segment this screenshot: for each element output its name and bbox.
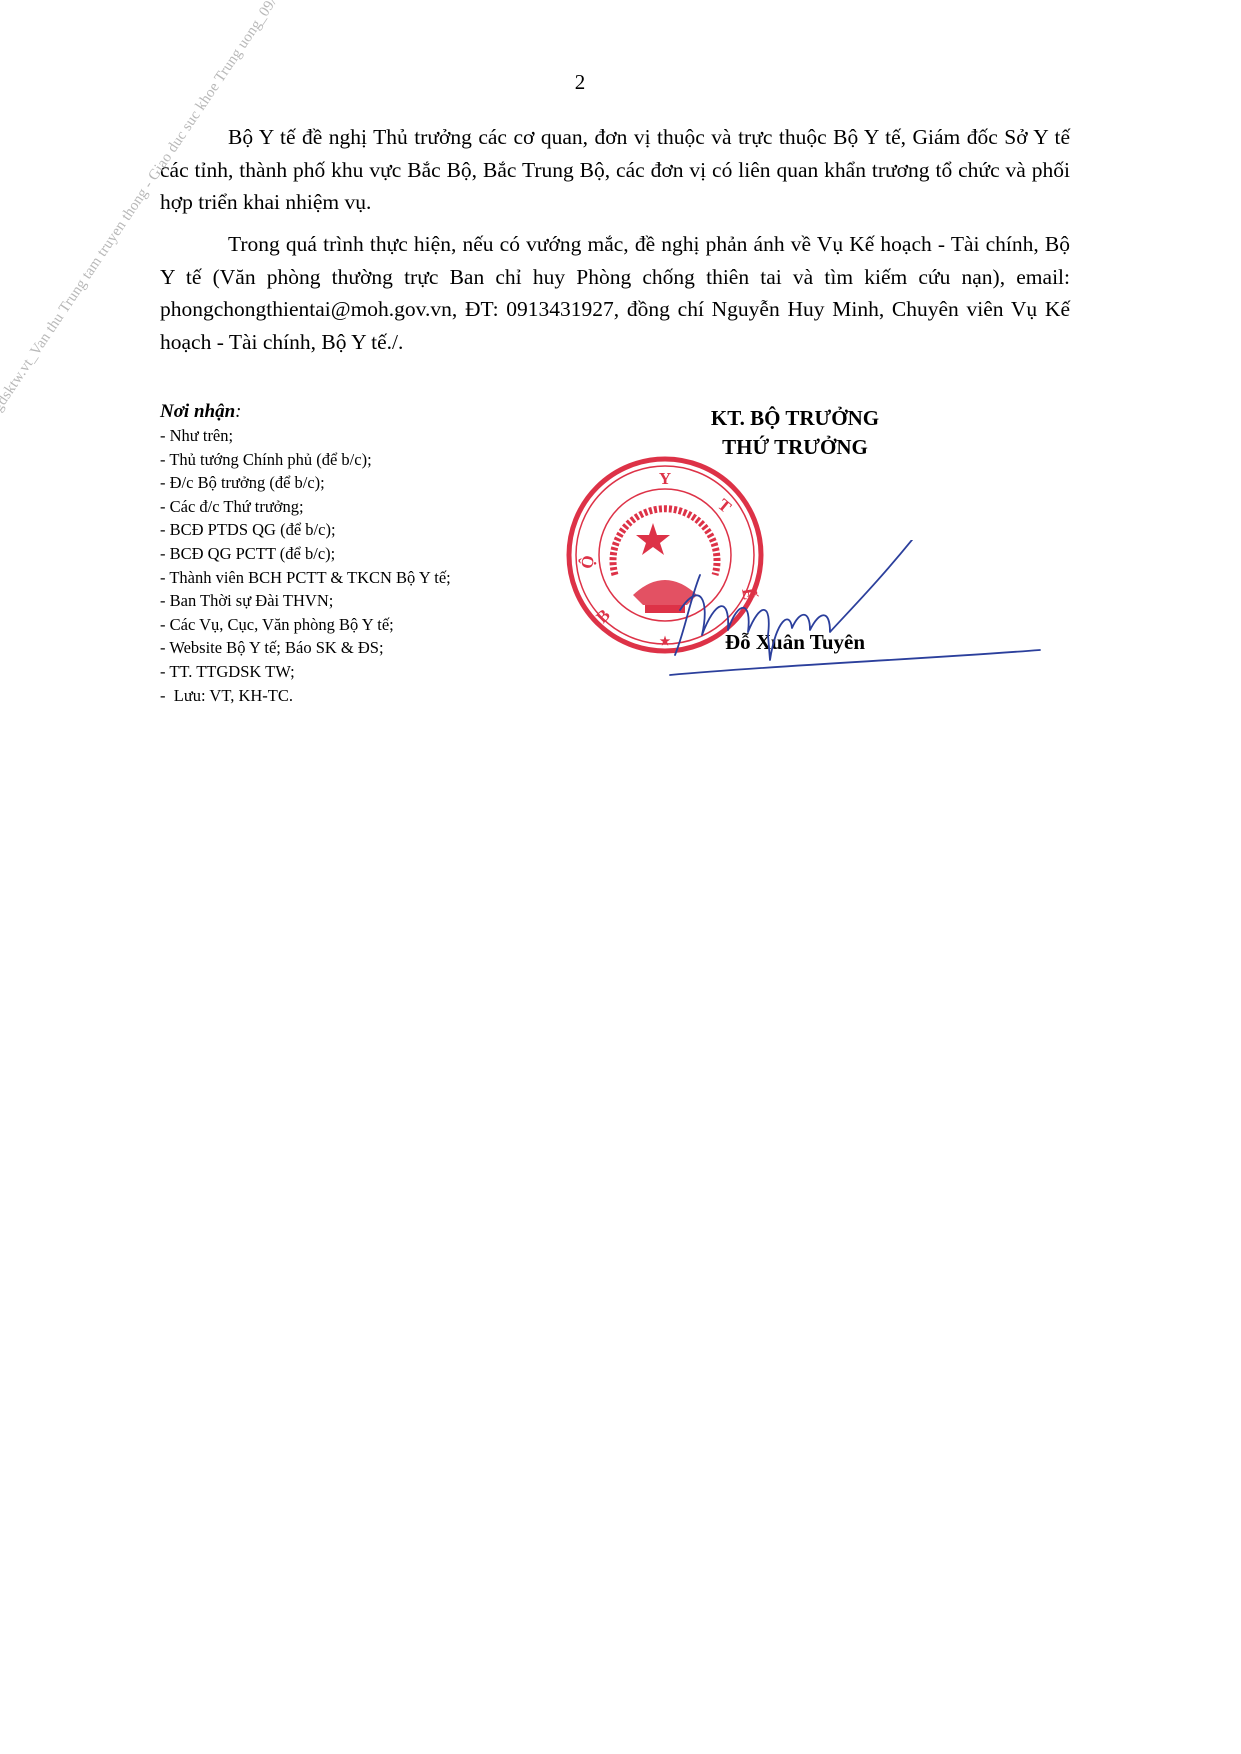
recipient-item: - Website Bộ Y tế; Báo SK & ĐS; — [160, 636, 451, 660]
body-paragraph-2: Trong quá trình thực hiện, nếu có vướng … — [160, 228, 1070, 358]
svg-text:Ộ: Ộ — [577, 554, 598, 570]
recipient-item: - BCĐ PTDS QG (để b/c); — [160, 518, 451, 542]
svg-text:Y: Y — [659, 469, 671, 488]
page-number: 2 — [0, 70, 1160, 95]
recipient-item: - Thủ tướng Chính phủ (để b/c); — [160, 448, 451, 472]
recipient-item: - Đ/c Bộ trưởng (để b/c); — [160, 471, 451, 495]
recipient-item: - BCĐ QG PCTT (để b/c); — [160, 542, 451, 566]
recipients-title-text: Nơi nhận — [160, 401, 235, 422]
recipients-block: Nơi nhận: - Như trên; - Thủ tướng Chính … — [160, 400, 451, 707]
body-paragraph-1: Bộ Y tế đề nghị Thủ trưởng các cơ quan, … — [160, 121, 1070, 219]
signatory-title-block: KT. BỘ TRƯỞNG THỨ TRƯỞNG — [640, 404, 950, 462]
recipients-title: Nơi nhận: — [160, 400, 451, 424]
recipient-item: - Thành viên BCH PCTT & TKCN Bộ Y tế; — [160, 566, 451, 590]
recipient-item: - Các đ/c Thứ trưởng; — [160, 495, 451, 519]
signatory-title-line-1: KT. BỘ TRƯỞNG — [640, 404, 950, 433]
handwritten-signature-icon — [660, 540, 1060, 690]
recipient-item: - Ban Thời sự Đài THVN; — [160, 589, 451, 613]
recipient-item: - Lưu: VT, KH-TC. — [160, 684, 451, 708]
recipients-title-colon: : — [235, 401, 241, 422]
recipient-item: - Các Vụ, Cục, Văn phòng Bộ Y tế; — [160, 613, 451, 637]
recipient-item: - TT. TTGDSK TW; — [160, 660, 451, 684]
recipient-item: - Như trên; — [160, 424, 451, 448]
